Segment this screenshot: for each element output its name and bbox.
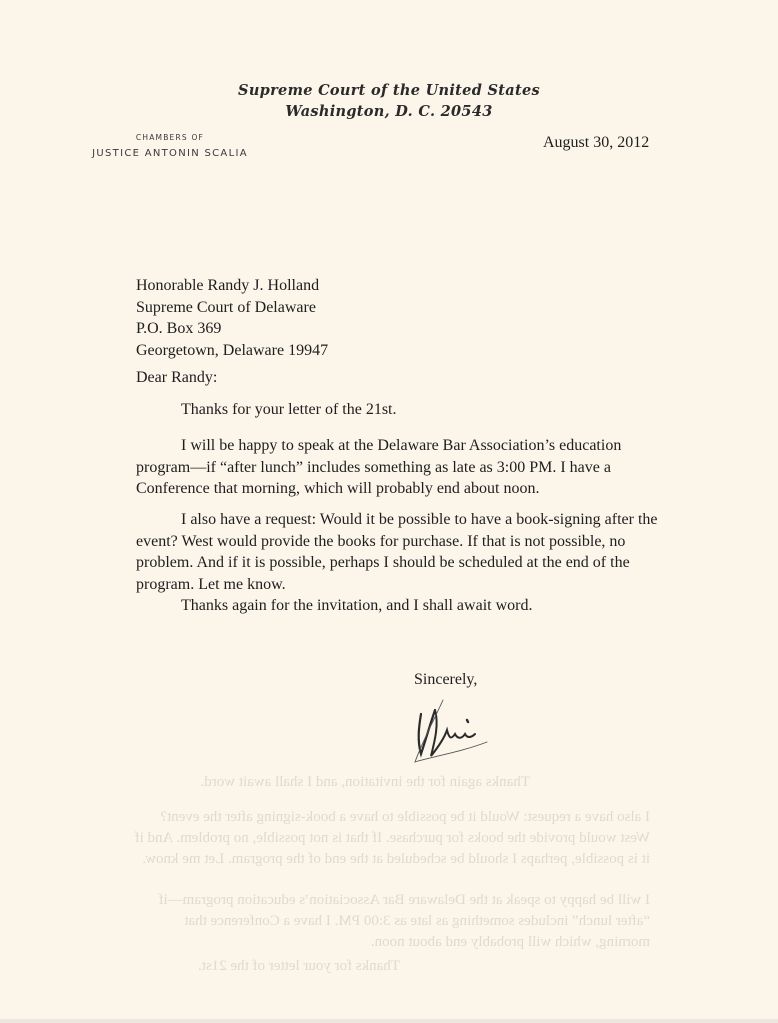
salutation: Dear Randy:: [136, 367, 217, 389]
letterhead: Supreme Court of the United States Washi…: [0, 80, 778, 122]
chambers-label: CHAMBERS OF: [60, 132, 280, 144]
address-line: P.O. Box 369: [136, 318, 328, 340]
paragraph: I also have a request: Would it be possi…: [136, 509, 676, 595]
paragraph: I will be happy to speak at the Delaware…: [136, 435, 676, 500]
address-line: Georgetown, Delaware 19947: [136, 340, 328, 362]
recipient-address: Honorable Randy J. Holland Supreme Court…: [136, 275, 328, 361]
justice-name: JUSTICE ANTONIN SCALIA: [60, 146, 280, 162]
paragraph-text: I also have a request: Would it be possi…: [136, 511, 658, 593]
paragraph: Thanks again for the invitation, and I s…: [136, 595, 676, 617]
paragraph: Thanks for your letter of the 21st.: [136, 399, 676, 421]
bleed-through-text: I will be happy to speak at the Delaware…: [130, 890, 650, 953]
bleed-through-text: Thanks for your letter of the 21st.: [170, 956, 400, 977]
paragraph-text: Thanks again for the invitation, and I s…: [181, 597, 532, 614]
chambers-block: CHAMBERS OF JUSTICE ANTONIN SCALIA: [60, 132, 280, 162]
paragraph-text: Thanks for your letter of the 21st.: [181, 401, 397, 418]
address-line: Supreme Court of Delaware: [136, 297, 328, 319]
page-bottom-edge: [0, 1019, 778, 1023]
paragraph-text: I will be happy to speak at the Delaware…: [136, 437, 621, 497]
address-line: Honorable Randy J. Holland: [136, 275, 328, 297]
letterhead-city: Washington, D. C. 20543: [0, 102, 778, 122]
letter-date: August 30, 2012: [543, 132, 649, 154]
bleed-through-text: I also have a request: Would it be possi…: [130, 807, 650, 870]
bleed-through-text: Thanks again for the invitation, and I s…: [200, 772, 530, 793]
letterhead-court: Supreme Court of the United States: [0, 80, 778, 102]
letter-page: Supreme Court of the United States Washi…: [0, 0, 778, 1023]
closing: Sincerely,: [414, 669, 477, 691]
handwritten-signature-icon: [405, 696, 495, 768]
